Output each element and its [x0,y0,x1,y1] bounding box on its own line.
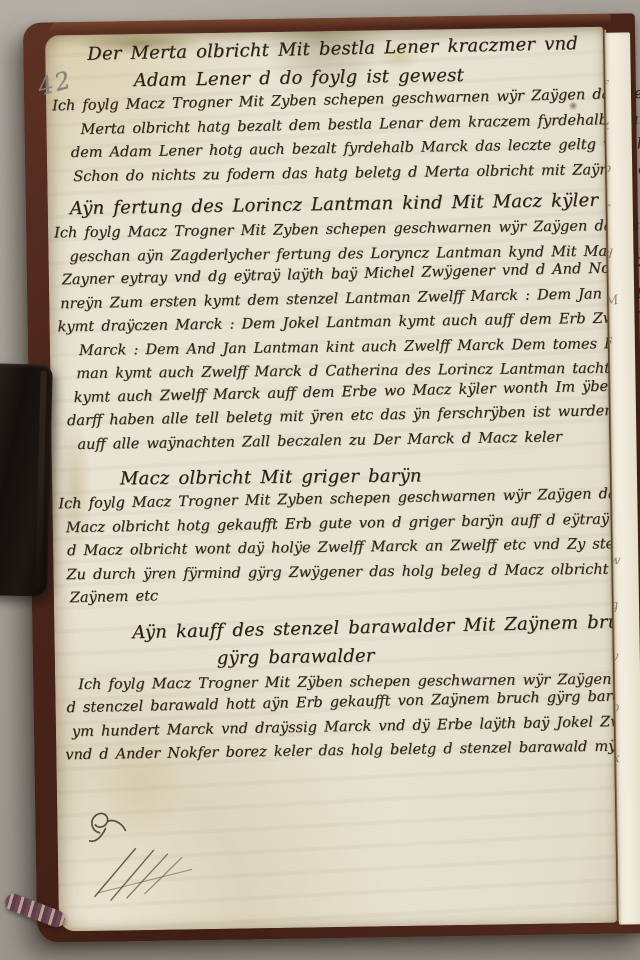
record-entry: Aÿn kauff des stenzel barawalder Mit Zaÿ… [60,611,610,768]
record-entry: Macz olbricht Mit griger barÿnIch foylg … [58,458,608,611]
photo-background: 42 Der Merta olbricht Mit bestla Lener k… [0,0,640,960]
manuscript-text: Der Merta olbricht Mit bestla Lener krac… [51,33,610,768]
manuscript-page: 42 Der Merta olbricht Mit bestla Lener k… [45,27,617,932]
clasp-strap [0,363,53,596]
edge-text-fragment: z [605,118,610,134]
record-entry: Aÿn fertung des Lorincz Lantman kind Mit… [54,187,606,458]
pen-strokes [88,832,249,907]
section-heading-line: gÿrg barawalder [217,638,609,671]
record-entry: Der Merta olbricht Mit bestla Lener krac… [51,33,601,190]
edge-text-fragment: f [605,79,607,94]
manuscript-book: 42 Der Merta olbricht Mit bestla Lener k… [23,13,640,942]
